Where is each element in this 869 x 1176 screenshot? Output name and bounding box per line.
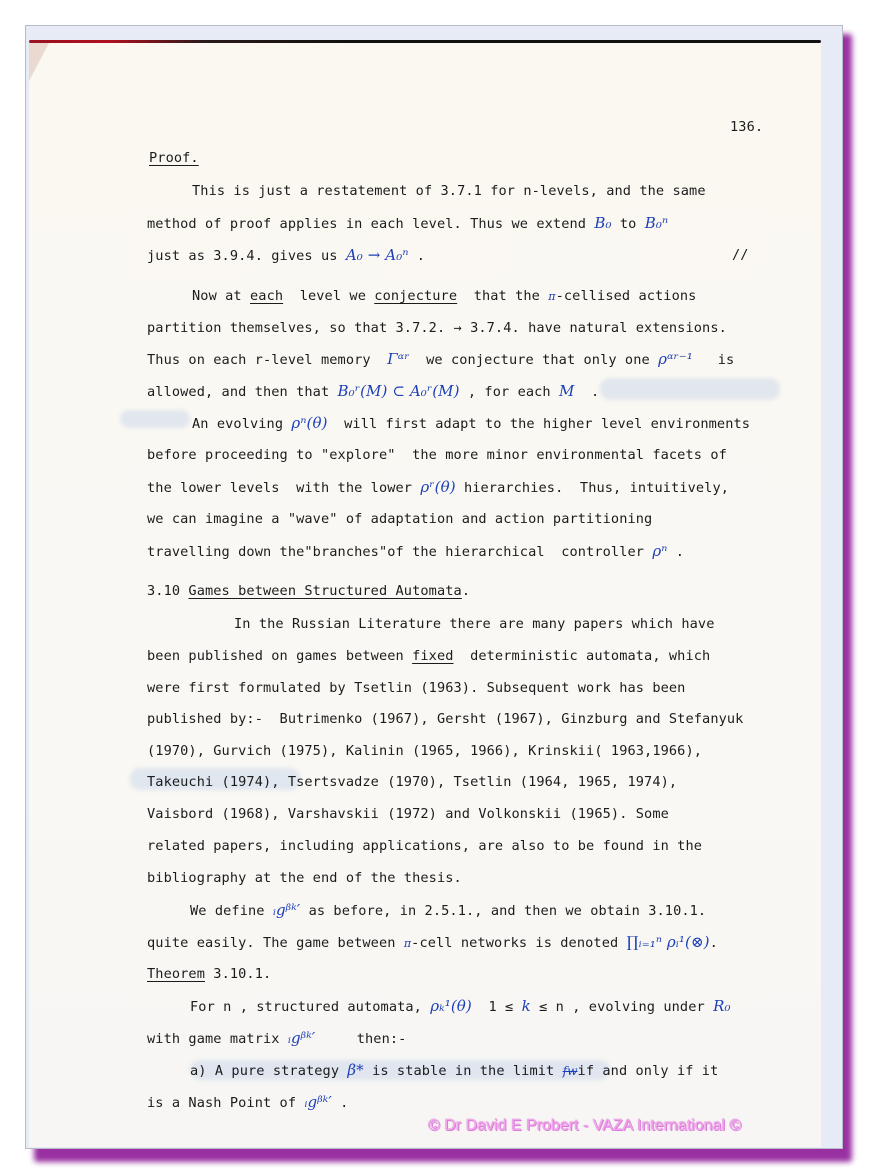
text-line: with game matrix ᵢgᵝᵏ′ then:- xyxy=(147,1029,406,1048)
text: level we xyxy=(283,288,374,304)
text: as before, in 2.5.1., and then we obtain… xyxy=(300,903,706,919)
text: if and only if it xyxy=(578,1063,719,1079)
handwritten-A0-arrow: A₀ → A₀ⁿ xyxy=(346,246,409,264)
text-line: allowed, and then that B₀ʳ(M) ⊂ A₀ʳ(M) ,… xyxy=(147,382,599,401)
text: An evolving xyxy=(192,416,291,432)
handwritten-game-g: ᵢgᵝᵏ′ xyxy=(288,1029,315,1047)
erased-smudge xyxy=(120,410,190,428)
handwritten-B0: B₀ xyxy=(594,214,611,232)
text: Thus on each r-level memory xyxy=(147,352,387,368)
text-line: Vaisbord (1968), Varshavskii (1972) and … xyxy=(147,805,669,823)
text: . xyxy=(462,583,470,599)
text-line: travelling down the"branches"of the hier… xyxy=(147,542,684,561)
text-line: just as 3.9.4. gives us A₀ → A₀ⁿ . xyxy=(147,246,425,265)
text: . xyxy=(332,1095,349,1111)
text-line: before proceeding to "explore" the more … xyxy=(147,446,727,464)
text: a) A pure strategy xyxy=(190,1063,347,1079)
handwritten-game-g: ᵢgᵝᵏ′ xyxy=(273,901,300,919)
text: the lower levels with the lower xyxy=(147,480,420,496)
handwritten-B0n: B₀ⁿ xyxy=(645,214,668,232)
erased-smudge xyxy=(600,378,780,400)
text-line: We define ᵢgᵝᵏ′ as before, in 2.5.1., an… xyxy=(190,901,706,920)
text: . xyxy=(710,935,718,951)
text: method of proof applies in each level. T… xyxy=(147,216,594,232)
text-line: were first formulated by Tsetlin (1963).… xyxy=(147,679,685,697)
handwritten-product: ∏ᵢ₌₁ⁿ ρᵢ¹(⊗) xyxy=(627,933,710,951)
text-line: quite easily. The game between π-cell ne… xyxy=(147,933,718,953)
text: ≤ n , evolving under xyxy=(531,999,713,1015)
proof-end-mark: // xyxy=(732,246,749,264)
text-line: is a Nash Point of ᵢgᵝᵏ′ . xyxy=(147,1093,348,1112)
text-line: Now at each level we conjecture that the… xyxy=(192,287,696,306)
page-number: 136. xyxy=(730,118,763,136)
handwritten-Gamma: Γᵅʳ xyxy=(387,350,409,368)
handwritten-k: k xyxy=(522,997,531,1015)
section-title: Games between Structured Automata xyxy=(188,583,461,599)
theorem-heading: Theorem 3.10.1. xyxy=(147,965,271,983)
text-line: related papers, including applications, … xyxy=(147,837,702,855)
handwritten-pi: π xyxy=(548,290,555,303)
text: allowed, and then that xyxy=(147,384,338,400)
text: been published on games between xyxy=(147,648,412,664)
text-line: For n , structured automata, ρₖ¹(θ) 1 ≤ … xyxy=(190,997,731,1016)
text: is a Nash Point of xyxy=(147,1095,304,1111)
text: just as 3.9.4. gives us xyxy=(147,248,346,264)
handwritten-rho-n: ρⁿ(θ) xyxy=(291,414,327,432)
text: with game matrix xyxy=(147,1031,288,1047)
text: is xyxy=(693,352,734,368)
text: 1 ≤ xyxy=(472,999,522,1015)
text: . xyxy=(574,384,599,400)
handwritten-subset: B₀ʳ(M) ⊂ A₀ʳ(M) xyxy=(338,382,460,400)
text: We define xyxy=(190,903,273,919)
copyright-watermark: © Dr David E Probert - VAZA Internationa… xyxy=(428,1117,741,1135)
text: will first adapt to the higher level env… xyxy=(328,416,751,432)
text-line: we can imagine a "wave" of adaptation an… xyxy=(147,510,652,528)
text: . xyxy=(409,248,426,264)
text: -cellised actions xyxy=(556,288,697,304)
underlined-word: fixed xyxy=(412,648,453,664)
text: -cell networks is denoted xyxy=(411,935,626,951)
underlined-word: each xyxy=(250,288,283,304)
paper-top-edge xyxy=(29,40,821,43)
text: . xyxy=(667,544,684,560)
text: to xyxy=(612,216,645,232)
text-line: Takeuchi (1974), Tsertsvadze (1970), Tse… xyxy=(147,773,677,791)
text-line: the lower levels with the lower ρʳ(θ) hi… xyxy=(147,478,729,497)
text: For n , structured automata, xyxy=(190,999,430,1015)
text-line: a) A pure strategy β* is stable in the l… xyxy=(190,1061,718,1080)
text: we conjecture that only one xyxy=(410,352,659,368)
underlined-word: conjecture xyxy=(374,288,457,304)
text: is stable in the limit xyxy=(364,1063,563,1079)
text: quite easily. The game between xyxy=(147,935,404,951)
theorem-number: 3.10.1. xyxy=(205,966,271,982)
handwritten-rho: ρᵅʳ⁻¹ xyxy=(658,350,693,368)
handwritten-crossed-out: fw xyxy=(563,1064,578,1078)
handwritten-beta-star: β* xyxy=(347,1061,363,1079)
text: deterministic automata, which xyxy=(454,648,711,664)
handwritten-M: M xyxy=(559,382,574,400)
text-line: (1970), Gurvich (1975), Kalinin (1965, 1… xyxy=(147,742,702,760)
section-heading: 3.10 Games between Structured Automata. xyxy=(147,582,470,600)
proof-heading: Proof. xyxy=(149,149,199,167)
text: travelling down the"branches"of the hier… xyxy=(147,544,652,560)
text-line: partition themselves, so that 3.7.2. → 3… xyxy=(147,319,727,337)
text-line: bibliography at the end of the thesis. xyxy=(147,869,462,887)
text: that the xyxy=(457,288,548,304)
text: hierarchies. Thus, intuitively, xyxy=(456,480,729,496)
text: , for each xyxy=(460,384,559,400)
section-number: 3.10 xyxy=(147,583,188,599)
text-line: In the Russian Literature there are many… xyxy=(234,615,714,633)
handwritten-rho-r: ρʳ(θ) xyxy=(420,478,455,496)
text-line: An evolving ρⁿ(θ) will first adapt to th… xyxy=(192,414,750,433)
text-line: This is just a restatement of 3.7.1 for … xyxy=(192,182,706,200)
corner-fold xyxy=(29,43,49,81)
text: Now at xyxy=(192,288,250,304)
handwritten-rho-controller: ρⁿ xyxy=(652,542,667,560)
text-line: published by:- Butrimenko (1967), Gersht… xyxy=(147,710,743,728)
theorem-label: Theorem xyxy=(147,966,205,982)
text-line: method of proof applies in each level. T… xyxy=(147,214,668,233)
handwritten-rho-k: ρₖ¹(θ) xyxy=(430,997,472,1015)
handwritten-game-g: ᵢgᵝᵏ′ xyxy=(304,1093,331,1111)
handwritten-R0: R₀ xyxy=(713,997,731,1015)
text: then:- xyxy=(315,1031,406,1047)
text-line: been published on games between fixed de… xyxy=(147,647,710,665)
text-line: Thus on each r-level memory Γᵅʳ we conje… xyxy=(147,350,734,369)
